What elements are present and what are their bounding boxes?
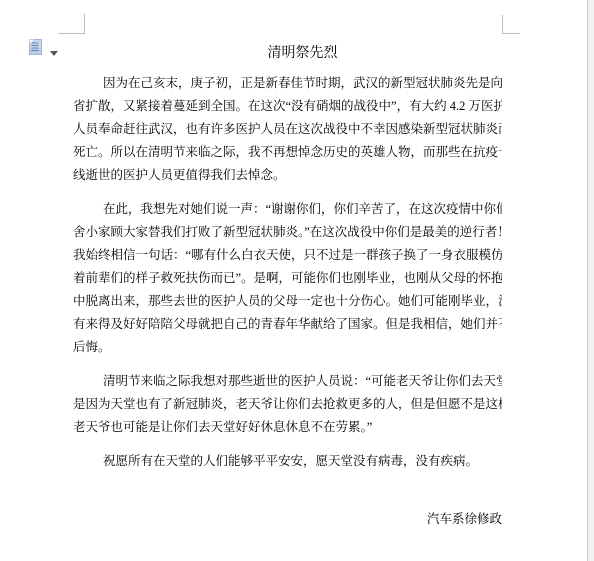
- paste-options-icon: [26, 38, 45, 60]
- text-line: 老天爷也可能是让你们去天堂好好休息休息不在劳累。”: [73, 416, 502, 439]
- text-line: 清明节来临之际我想对那些逝世的医护人员说：“可能老天爷让你们去天堂: [73, 370, 502, 393]
- crop-mark-top-right: [502, 15, 520, 34]
- document-page: 清明祭先烈 因为在己亥末，庚子初，正是新春佳节时期，武汉的新型冠状肺炎先是向全 …: [0, 0, 594, 561]
- text-line: 死亡。所以在清明节来临之际，我不再想悼念历史的英雄人物，而那些在抗疫一: [73, 141, 502, 164]
- text-line: 我始终相信一句话：“哪有什么白衣天使，只不过是一群孩子换了一身衣服模仿: [73, 244, 502, 267]
- text-line: 祝愿所有在天堂的人们能够平平安安，愿天堂没有病毒，没有疾病。: [73, 450, 502, 473]
- page-right-edge: [587, 0, 594, 561]
- paragraph: 清明节来临之际我想对那些逝世的医护人员说：“可能老天爷让你们去天堂 是因为天堂也…: [73, 370, 502, 439]
- paragraph: 在此，我想先对她们说一声：“谢谢你们，你们辛苦了，在这次疫情中你们 舍小家顾大家…: [73, 198, 502, 359]
- paragraph: 因为在己亥末，庚子初，正是新春佳节时期，武汉的新型冠状肺炎先是向全 省扩散，又紧…: [73, 72, 502, 187]
- text-line: 舍小家顾大家替我们打败了新型冠状肺炎。”在这次战役中你们是最美的逆行者！: [73, 221, 502, 244]
- paragraph: 祝愿所有在天堂的人们能够平平安安，愿天堂没有病毒，没有疾病。: [73, 450, 502, 473]
- crop-mark-top-left: [58, 14, 85, 34]
- document-body: 清明祭先烈 因为在己亥末，庚子初，正是新春佳节时期，武汉的新型冠状肺炎先是向全 …: [73, 42, 502, 531]
- dropdown-arrow-icon: [50, 44, 58, 59]
- text-line: 线逝世的医护人员更值得我们去悼念。: [73, 164, 502, 187]
- text-line: 着前辈们的样子救死扶伤而已”。是啊，可能你们也刚毕业，也刚从父母的怀抱: [73, 267, 502, 290]
- text-line: 人员奉命赶往武汉，也有许多医护人员在这次战役中不幸因感染新型冠状肺炎而: [73, 118, 502, 141]
- text-line: 在此，我想先对她们说一声：“谢谢你们，你们辛苦了，在这次疫情中你们: [73, 198, 502, 221]
- text-line: 有来得及好好陪陪父母就把自己的青春年华献给了国家。但是我相信，她们并不: [73, 313, 502, 336]
- paste-options-button[interactable]: [26, 38, 58, 60]
- text-line: 后悔。: [73, 336, 502, 359]
- text-line: 因为在己亥末，庚子初，正是新春佳节时期，武汉的新型冠状肺炎先是向全: [73, 72, 502, 95]
- signature: 汽车系徐修政: [73, 508, 502, 531]
- text-line: 是因为天堂也有了新冠肺炎，老天爷让你们去抢救更多的人，但是但愿不是这样，: [73, 393, 502, 416]
- text-line: 省扩散，又紧接着蔓延到全国。在这次“没有硝烟的战役中”，有大约 4.2 万医护: [73, 95, 502, 118]
- document-title: 清明祭先烈: [73, 42, 502, 65]
- text-line: 中脱离出来，那些去世的医护人员的父母一定也十分伤心。她们可能刚毕业，没: [73, 290, 502, 313]
